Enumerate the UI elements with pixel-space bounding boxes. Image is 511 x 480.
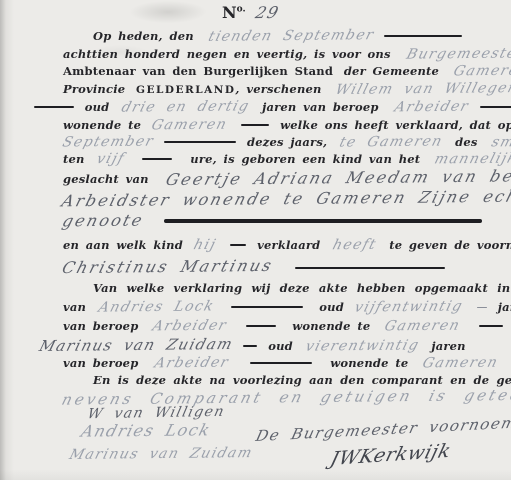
line-child-names: Christinus Martinus (63, 257, 449, 276)
printed-text: En is deze akte na voorlezing aan den co… (93, 373, 511, 387)
number-value: 29 (254, 3, 282, 22)
handwritten-witness1-name: Andries Lock (96, 298, 216, 315)
handwritten-age: drie en dertig (120, 98, 252, 115)
handwritten-witness1-age: vijfentwintig (352, 298, 464, 315)
printed-text: ten (63, 152, 85, 166)
handwritten-residence: Gameren (150, 117, 230, 134)
printed-text: van (63, 300, 86, 314)
handwritten-witness2-residence: Gameren (421, 355, 501, 372)
line-mother: geslacht van Geertje Adriana Meedam van … (63, 168, 511, 187)
flourish-line (164, 219, 482, 223)
line-naming: en aan welk kind hij verklaard heeft te … (63, 237, 511, 253)
handwritten-witness1-residence: Gameren (383, 318, 463, 335)
handwritten-gender: mannelijk (433, 151, 511, 168)
line-witness2-details: van beroep Arbeider wonende te Gameren (63, 355, 511, 371)
printed-text: welke ons heeft verklaard, dat op den (280, 118, 511, 132)
handwritten-witness2-profession: Arbeider (153, 355, 231, 372)
signature-comparant: W van Willigen (88, 402, 224, 421)
handwritten-mother-details: Arbeidster wonende te Gameren Zijne echt (60, 187, 511, 211)
flourish-line (164, 141, 236, 144)
flourish-line (250, 362, 312, 365)
printed-text: GELDERLAND (136, 84, 235, 96)
line-birth-month-place: September dezes jaars, te Gameren des sm… (63, 134, 511, 150)
printed-text: verklaard (257, 238, 320, 252)
printed-text: wonende te (63, 118, 141, 132)
handwritten-witness2-name: Marinus van Zuidam (37, 335, 235, 355)
line-residence-declaration: wonende te Gameren welke ons heeft verkl… (63, 117, 511, 133)
printed-text: Van welke verklaring wij deze akte hebbe… (93, 281, 511, 295)
printed-text: Ambtenaar van den Burgerlijken Stand (63, 64, 333, 78)
printed-text: jaren (498, 300, 511, 314)
handwritten-declarant-name: Willem van Willegen (334, 80, 511, 98)
printed-text: te geven de voorna (389, 238, 511, 252)
birth-certificate-page: No. 29 Op heden, den tienden September a… (0, 0, 511, 480)
line-mother-details: Arbeidster wonende te Gameren Zijne echt (63, 189, 511, 208)
line-witness-intro: Van welke verklaring wij deze akte hebbe… (93, 281, 511, 295)
printed-text: geslacht van (63, 172, 149, 186)
printed-text: jaren (431, 339, 465, 353)
handwritten-hour: vijf (95, 151, 127, 167)
line-spouse: genoote (63, 211, 486, 230)
printed-text: Provincie (63, 82, 125, 96)
printed-text: van beroep (63, 319, 138, 333)
printed-text: des (455, 135, 477, 149)
line-age-profession: oud drie en dertig jaren van beroep Arbe… (30, 99, 511, 115)
handwritten-birth-month: September (61, 134, 156, 151)
printed-text: oud (319, 300, 344, 314)
line-witness2: Marinus van Zuidam oud vierentwintig jar… (40, 336, 466, 354)
flourish-line (480, 106, 511, 109)
printed-text: ure, is geboren een kind van het (190, 152, 420, 166)
line-witness1-details: van beroep Arbeider wonende te Gameren e… (63, 318, 511, 334)
printed-text: oud (85, 100, 110, 114)
line-municipality: Ambtenaar van den Burgerlijken Stand der… (63, 63, 511, 79)
line-hour-gender: ten vijf ure, is geboren een kind van he… (63, 151, 511, 167)
signature-witness1: Andries Lock (82, 421, 210, 440)
line-province-declarant: Provincie GELDERLAND, verschenen Willem … (63, 81, 511, 97)
line-closing: En is deze akte na voorlezing aan den co… (93, 372, 511, 388)
official-title: De Burgemeester voornoemd (258, 419, 511, 438)
handwritten-witness2-age: vierentwintig (303, 337, 421, 354)
line-date: Op heden, den tienden September (93, 28, 466, 44)
flourish-line (479, 325, 503, 328)
signature-official: JWKerkwijk (332, 444, 449, 466)
flourish-line (142, 158, 172, 161)
flourish-line (34, 106, 74, 109)
line-witness1: van Andries Lock oud vijfentwintig jaren (63, 299, 511, 315)
handwritten-verb: heeft (331, 237, 379, 253)
flourish-line (243, 345, 257, 348)
handwritten-spouse-suffix: genoote (60, 211, 146, 231)
flourish-line (295, 267, 445, 270)
handwritten-pronoun: hij (191, 237, 218, 253)
handwritten-municipality: Gameren (451, 63, 511, 80)
printed-text: dezes jaars, (247, 135, 327, 149)
flourish-line (241, 124, 269, 127)
handwritten-witness1-profession: Arbeider (151, 318, 229, 335)
printed-text: achttien honderd negen en veertig, is vo… (63, 47, 391, 61)
handwritten-official-capacity: Burgemeester (405, 45, 511, 62)
flourish-line (230, 244, 246, 247)
printed-text: en aan welk kind (63, 238, 183, 252)
flourish-line (384, 35, 462, 38)
act-number: No. 29 (222, 3, 280, 22)
line-year: achttien honderd negen en veertig, is vo… (63, 46, 511, 62)
handwritten-date: tienden September (206, 27, 376, 45)
handwritten-birth-place: te Gameren (338, 133, 445, 150)
handwritten-mother-name: Geertje Adriana Meedam van beroep (164, 166, 511, 189)
flourish-line (477, 307, 487, 309)
printed-text: wonende te (292, 319, 370, 333)
handwritten-profession: Arbeider (393, 99, 471, 116)
printed-text: van beroep (63, 356, 138, 370)
printed-text: , verschenen (235, 82, 321, 96)
printed-text: jaren van beroep (262, 100, 379, 114)
flourish-line (231, 306, 303, 309)
printed-text: Op heden, den (93, 29, 194, 43)
printed-text: der Gemeente (344, 64, 439, 78)
printed-text: oud (268, 339, 293, 353)
handwritten-time-of-day: smorgens (490, 134, 511, 151)
printed-text: wonende te (330, 356, 408, 370)
number-label: No. (222, 3, 246, 22)
flourish-line (246, 325, 276, 328)
signature-witness2: Marinus van Zuidam (70, 443, 252, 462)
handwritten-child-names: Christinus Martinus (60, 256, 276, 277)
